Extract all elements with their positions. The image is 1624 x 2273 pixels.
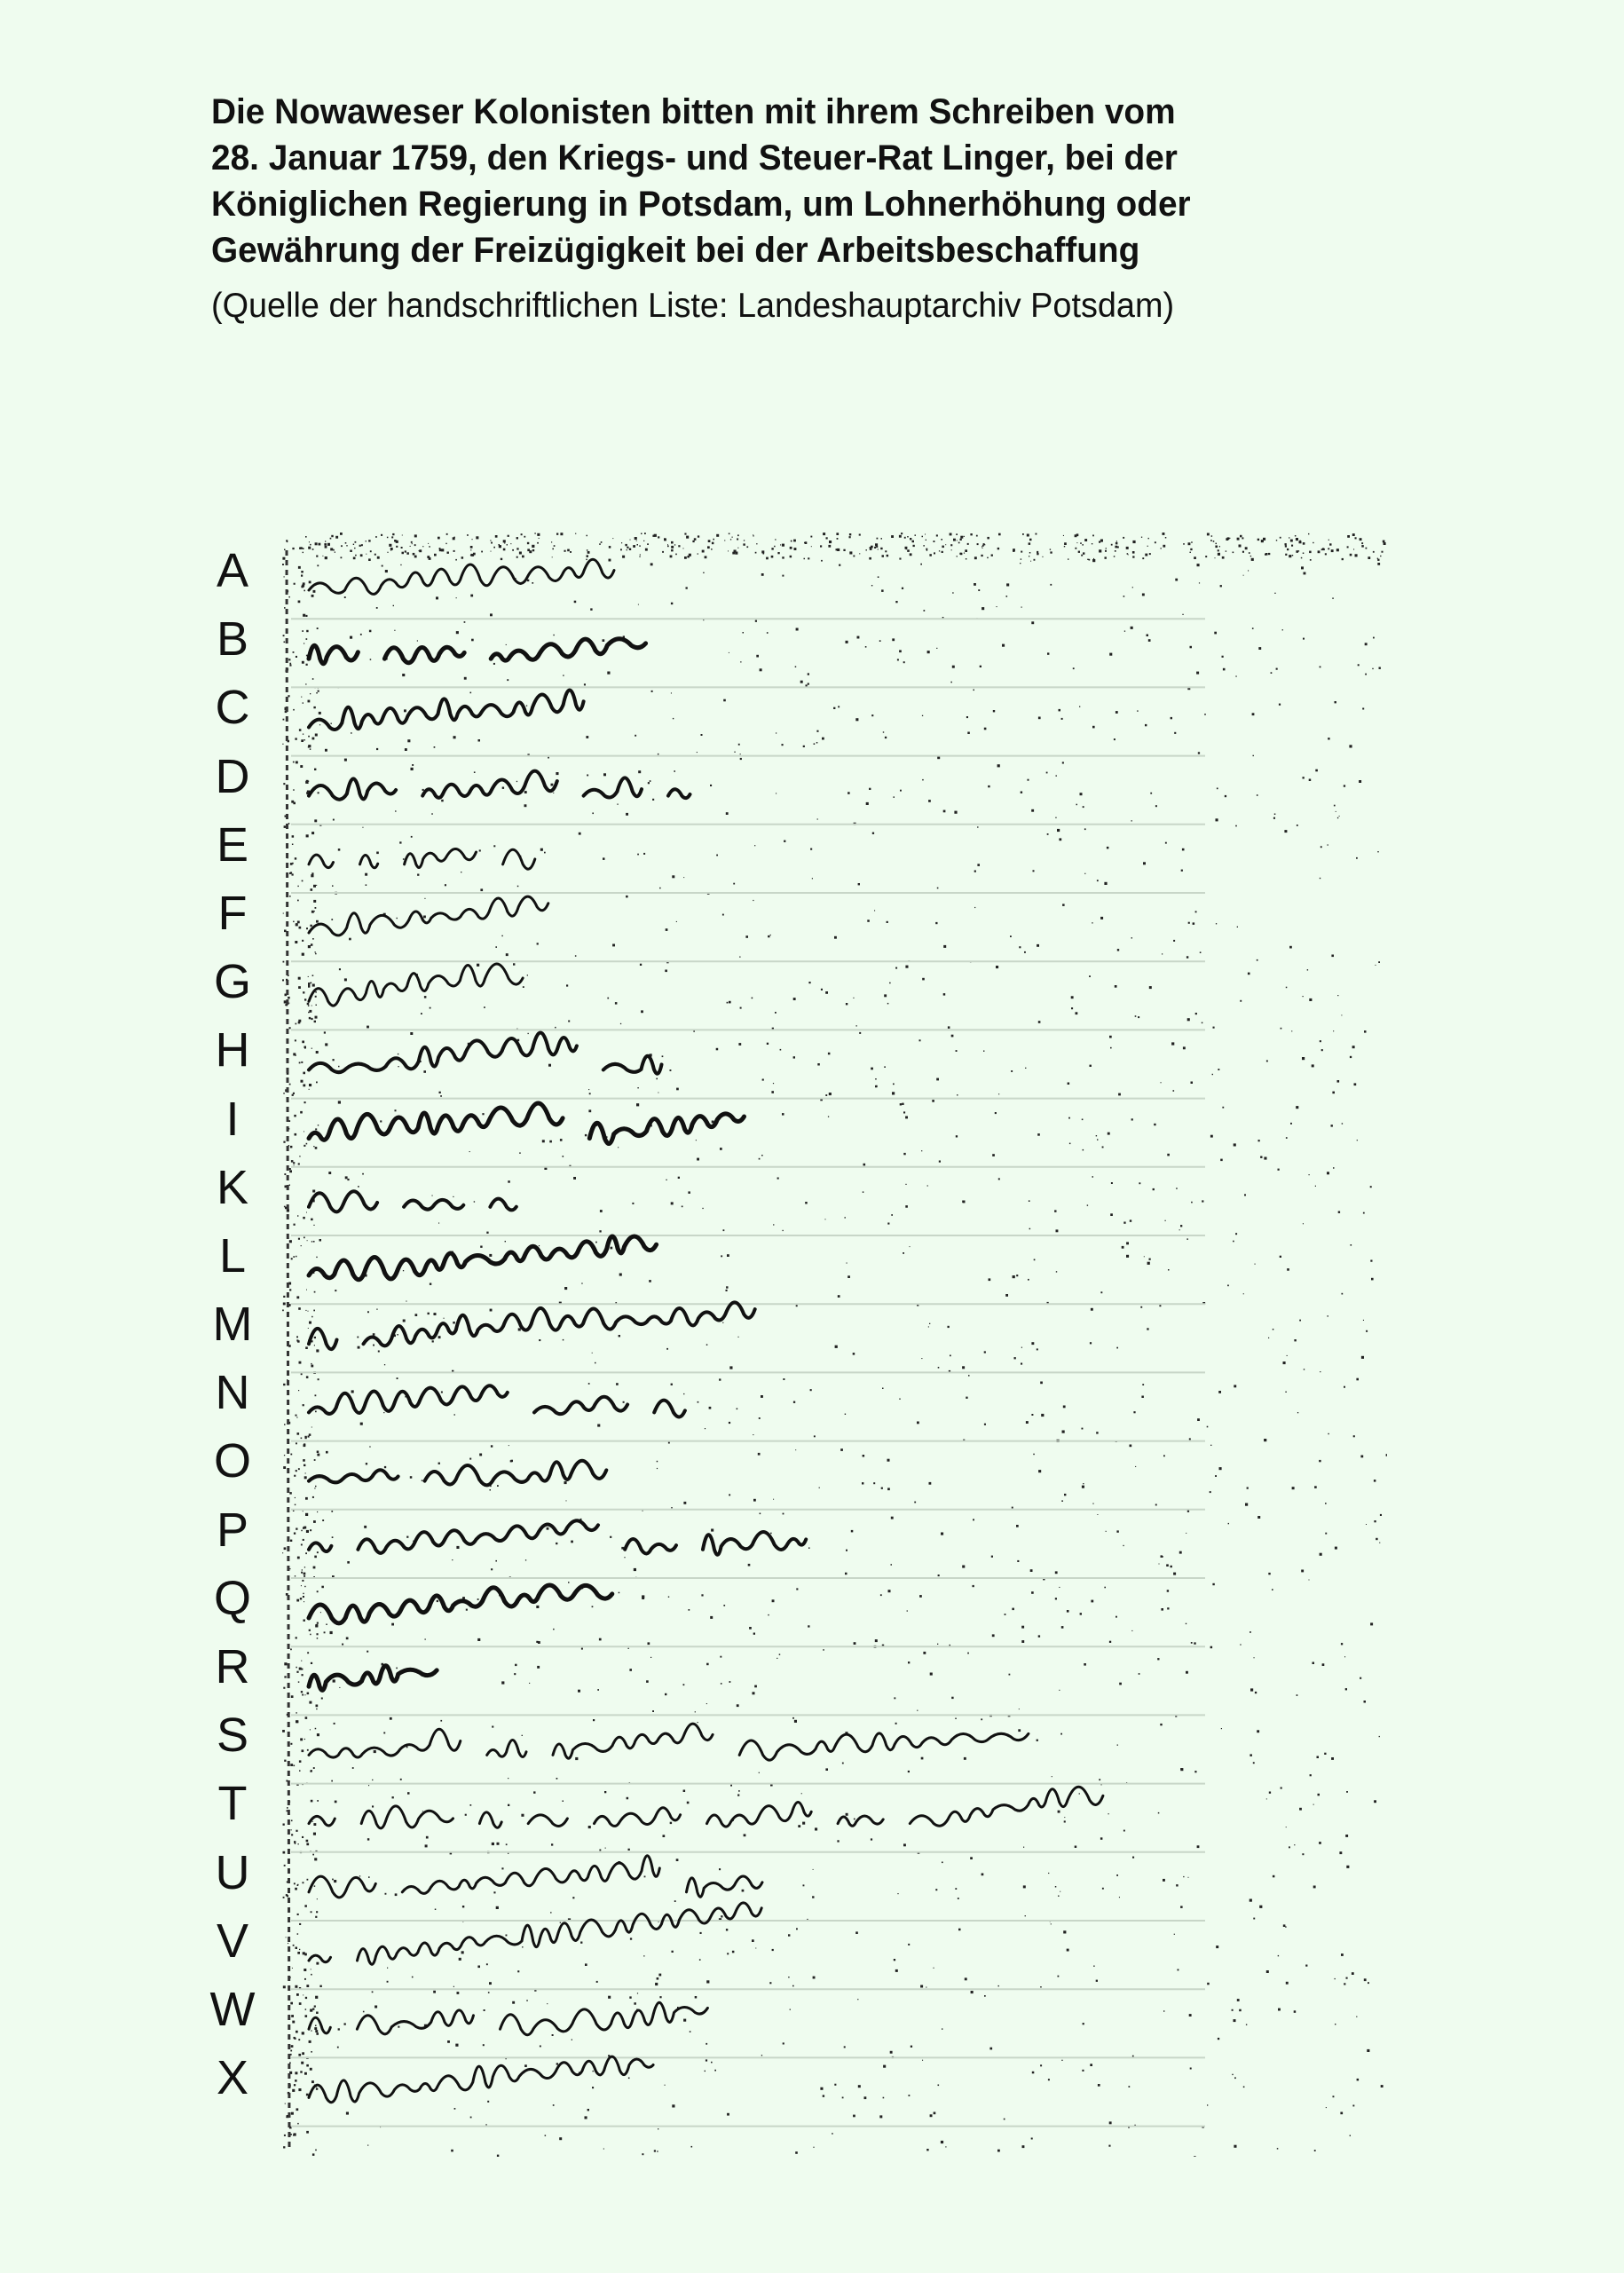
handwritten-entry <box>309 964 523 1006</box>
row-letter-d: D <box>206 743 259 811</box>
title-line-4: Gewährung der Freizügigkeit bei der Arbe… <box>211 227 1399 273</box>
row-letter-o: O <box>206 1427 259 1496</box>
row-letter-s: S <box>206 1701 259 1770</box>
row-letter-q: Q <box>206 1565 259 1633</box>
handwritten-entry <box>309 2002 735 2034</box>
handwritten-entry <box>309 1033 662 1074</box>
row-letter-g: G <box>206 948 259 1016</box>
handwritten-entry <box>309 1103 745 1144</box>
row-letter-r: R <box>206 1633 259 1701</box>
handwritten-entry <box>309 1385 712 1417</box>
row-letter-n: N <box>206 1359 259 1427</box>
row-letter-u: U <box>206 1839 259 1907</box>
row-letter-h: H <box>206 1016 259 1085</box>
row-letter-c: C <box>206 674 259 742</box>
row-letter-w: W <box>206 1976 259 2044</box>
handwritten-entry <box>309 2056 653 2103</box>
handwritten-entry <box>309 1903 788 1964</box>
row-letter-column: ABCDEFGHIKLMNOPQRSTUVWX <box>206 537 259 2112</box>
scan-image <box>282 533 1387 2157</box>
row-letter-b: B <box>206 605 259 674</box>
title-line-1: Die Nowaweser Kolonisten bitten mit ihre… <box>211 89 1399 135</box>
row-letter-e: E <box>206 811 259 880</box>
handwritten-entry <box>309 639 646 664</box>
document-header: Die Nowaweser Kolonisten bitten mit ihre… <box>211 89 1436 328</box>
handwritten-entry <box>309 1236 657 1280</box>
handwritten-entry <box>309 559 614 594</box>
handwritten-entry <box>309 1666 437 1691</box>
handwritten-entry <box>309 1724 1029 1760</box>
handwritten-entry <box>309 1302 755 1349</box>
handwritten-entry <box>309 1787 1103 1828</box>
handwritten-entry <box>309 1856 762 1898</box>
handwritten-list-scan <box>282 533 1387 2157</box>
row-letter-x: X <box>206 2044 259 2112</box>
handwritten-entry <box>309 1585 612 1623</box>
handwritten-entry <box>309 690 611 730</box>
row-letter-t: T <box>206 1770 259 1838</box>
row-letter-l: L <box>206 1222 259 1290</box>
row-letter-i: I <box>206 1085 259 1154</box>
handwritten-entry <box>309 1520 806 1554</box>
row-letter-f: F <box>206 880 259 948</box>
title-line-3: Königlichen Regierung in Potsdam, um Loh… <box>211 181 1399 227</box>
handwritten-entry <box>309 771 690 800</box>
row-letter-p: P <box>206 1496 259 1565</box>
handwritten-entry <box>309 1461 606 1486</box>
row-letter-k: K <box>206 1154 259 1222</box>
handwritten-entry <box>309 896 575 935</box>
handwritten-entry <box>309 849 535 870</box>
row-letter-v: V <box>206 1907 259 1976</box>
handwritten-entry <box>309 1191 543 1211</box>
row-letter-m: M <box>206 1290 259 1359</box>
source-note: (Quelle der handschriftlichen Liste: Lan… <box>211 284 1399 328</box>
row-letter-a: A <box>206 537 259 605</box>
title-line-2: 28. Januar 1759, den Kriegs- und Steuer-… <box>211 135 1399 181</box>
